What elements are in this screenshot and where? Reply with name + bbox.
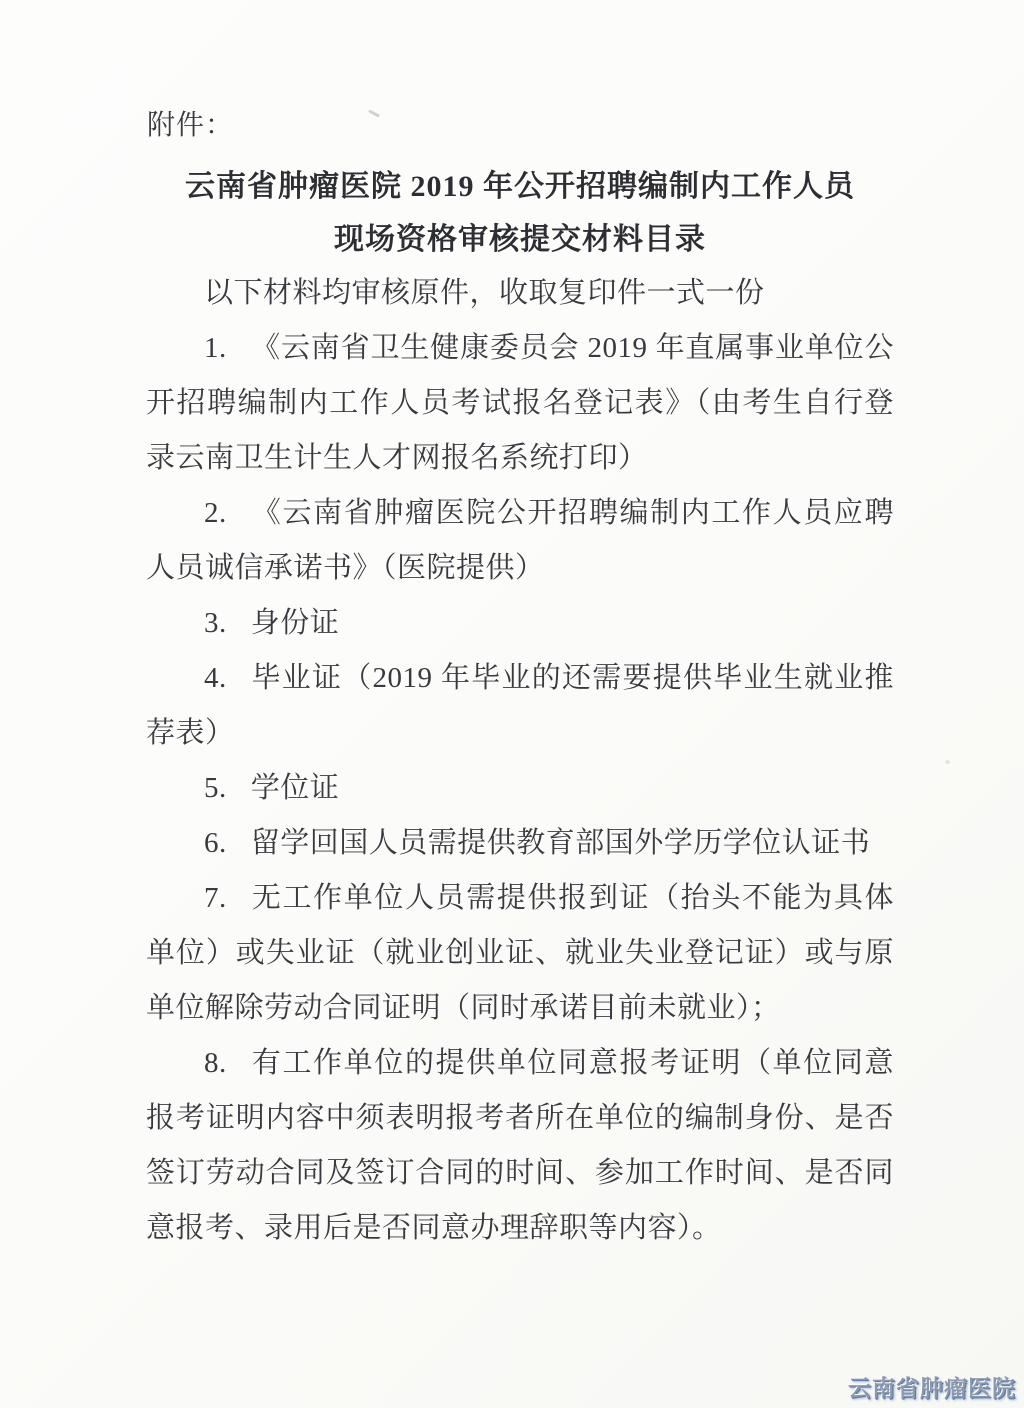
list-item-7: 7.无工作单位人员需提供报到证（抬头不能为具体单位）或失业证（就业创业证、就业失… [146, 871, 894, 1036]
item-text: 学位证 [251, 772, 340, 804]
document-body: 以下材料均审核原件，收取复印件一式一份 1.《云南省卫生健康委员会 2019 年… [146, 266, 894, 1256]
item-text: 《云南省卫生健康委员会 2019 年直属事业单位公开招聘编制内工作人员考试报名登… [146, 332, 894, 474]
item-number: 8. [204, 1047, 227, 1079]
item-number: 3. [204, 607, 227, 639]
list-item-4: 4.毕业证（2019 年毕业的还需要提供毕业生就业推荐表） [146, 651, 894, 761]
attachment-label: 附件： [147, 103, 234, 143]
item-text: 毕业证（2019 年毕业的还需要提供毕业生就业推荐表） [146, 662, 894, 749]
title-line-1: 云南省肿瘤医院 2019 年公开招聘编制内工作人员 [185, 170, 855, 203]
item-number: 6. [204, 827, 227, 859]
intro-text: 以下材料均审核原件，收取复印件一式一份 [146, 266, 894, 321]
item-number: 1. [204, 332, 227, 364]
title-line-2: 现场资格审核提交材料目录 [334, 223, 706, 256]
item-text: 留学回国人员需提供教育部国外学历学位认证书 [251, 827, 871, 859]
item-text: 有工作单位的提供单位同意报考证明（单位同意报考证明内容中须表明报考者所在单位的编… [146, 1047, 894, 1244]
list-item-6: 6.留学回国人员需提供教育部国外学历学位认证书 [146, 816, 894, 871]
list-item-1: 1.《云南省卫生健康委员会 2019 年直属事业单位公开招聘编制内工作人员考试报… [146, 321, 894, 486]
item-text: 无工作单位人员需提供报到证（抬头不能为具体单位）或失业证（就业创业证、就业失业登… [146, 882, 894, 1024]
item-text: 《云南省肿瘤医院公开招聘编制内工作人员应聘人员诚信承诺书》（医院提供） [146, 497, 894, 584]
item-text: 身份证 [251, 607, 340, 639]
list-item-3: 3.身份证 [146, 596, 894, 651]
item-number: 2. [204, 497, 227, 529]
scan-speck [368, 109, 380, 117]
item-number: 5. [204, 772, 227, 804]
item-number: 4. [204, 662, 227, 694]
scanned-document-page: 附件： 云南省肿瘤医院 2019 年公开招聘编制内工作人员 现场资格审核提交材料… [0, 0, 1024, 1408]
list-item-5: 5.学位证 [146, 761, 894, 816]
item-number: 7. [204, 882, 227, 914]
list-item-8: 8.有工作单位的提供单位同意报考证明（单位同意报考证明内容中须表明报考者所在单位… [146, 1036, 894, 1256]
list-item-2: 2.《云南省肿瘤医院公开招聘编制内工作人员应聘人员诚信承诺书》（医院提供） [146, 486, 894, 596]
document-title: 云南省肿瘤医院 2019 年公开招聘编制内工作人员 现场资格审核提交材料目录 [146, 160, 894, 266]
document-content: 云南省肿瘤医院 2019 年公开招聘编制内工作人员 现场资格审核提交材料目录 以… [146, 160, 894, 1256]
scan-speck [945, 760, 950, 764]
hospital-watermark: 云南省肿瘤医院 [848, 1370, 1016, 1403]
